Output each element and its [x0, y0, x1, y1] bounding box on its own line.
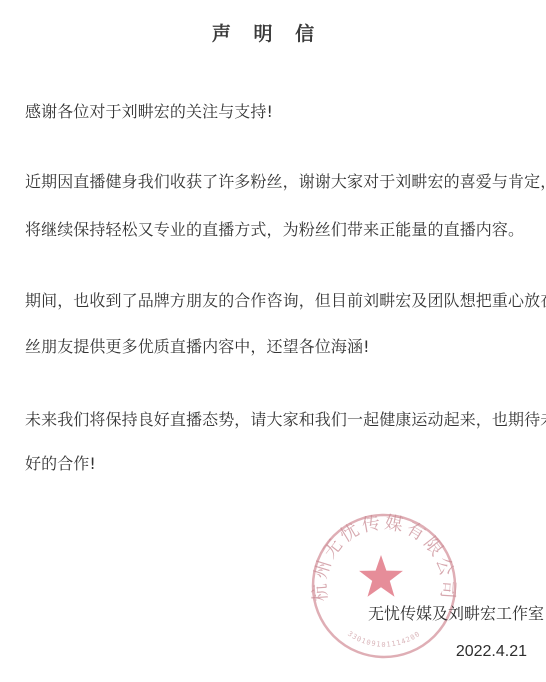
red-star-company-seal-icon: 杭州无忧传媒有限公司 330109101114200: [310, 512, 458, 660]
seal-star-icon: [359, 555, 403, 597]
paragraph-line: 丝朋友提供更多优质直播内容中，还望各位海涵!: [25, 339, 370, 357]
greeting-line: 感谢各位对于刘畊宏的关注与支持!: [25, 104, 273, 122]
company-seal: 杭州无忧传媒有限公司 330109101114200: [310, 512, 458, 660]
svg-text:330109101114200: 330109101114200: [346, 630, 422, 649]
seal-registration-number: 330109101114200: [346, 630, 422, 649]
signature: 无忧传媒及刘畊宏工作室: [368, 605, 544, 623]
paragraph-line: 好的合作!: [25, 456, 96, 474]
paragraph-line: 近期因直播健身我们收获了许多粉丝，谢谢大家对于刘畊宏的喜爱与肯定，我们: [25, 174, 546, 192]
date: 2022.4.21: [456, 643, 527, 661]
paragraph-line: 将继续保持轻松又专业的直播方式，为粉丝们带来正能量的直播内容。: [25, 222, 524, 240]
paragraph-line: 期间，也收到了品牌方朋友的合作咨询，但目前刘畊宏及团队想把重心放在为粉: [25, 293, 546, 311]
page-title: 声 明 信: [0, 22, 534, 46]
paragraph-line: 未来我们将保持良好直播态势，请大家和我们一起健康运动起来，也期待未来更: [25, 412, 546, 430]
